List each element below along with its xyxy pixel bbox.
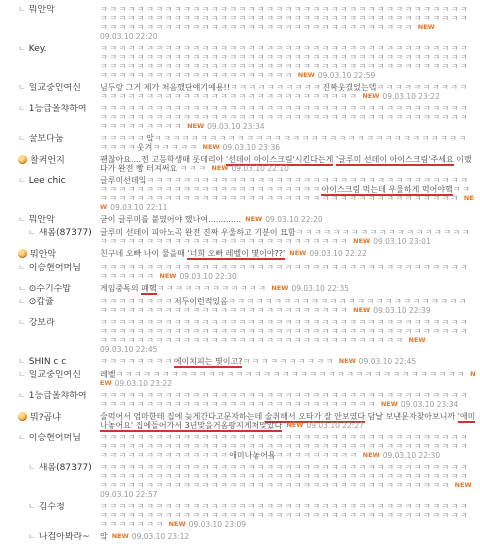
user-cell: ㄴ새봄(87377) — [0, 463, 100, 473]
comment-row: ㄴ⊙캅츌ㅋㅋㅋㅋㅋㅋㅋㅋ저두이런적있음ㅋㅋㅋㅋㅋㅋㅋㅋㅋㅋㅋㅋㅋㅋㅋㅋㅋㅋㅋㅋㅋ… — [0, 297, 478, 315]
comment-text: ㅋㅋㅋㅋㅋㅋㅋㅋㅋㅋㅋㅋㅋㅋㅋㅋㅋㅋㅋㅋㅋㅋㅋㅋㅋㅋㅋㅋㅋㅋㅋㅋㅋㅋㅋㅋㅋㅋㅋㅋ… — [100, 463, 478, 499]
comment-row: ㄴ새봄(87377)글루미 선데이 피아노곡 완전 진짜 우울하고 기분이 묘함… — [0, 228, 478, 246]
comment-row: ㄴ김수청ㅋㅋㅋㅋㅋㅋㅋㅋㅋㅋㅋㅋㅋㅋㅋㅋㅋㅋㅋㅋㅋㅋㅋㅋㅋㅋㅋㅋㅋㅋㅋㅋㅋㅋㅋㅋ… — [0, 502, 478, 529]
comment-row: 뭐?곱냐술먹어서 엄마한테 집에 늦게간다고문자하는데 술취해서 오타가 잘 안… — [0, 412, 478, 430]
underlined-phrase: '너희 오빠 레벨이 몇이야??' — [187, 249, 285, 260]
comment-phrase: 글루미 선데이 피아노곡 완전 진짜 우울하고 기분이 묘함 — [100, 228, 296, 237]
username[interactable]: 새봄(87377) — [39, 228, 92, 238]
comment-row: ㄴ일교중인여신레벨ㅋㅋㅋㅋㅋㅋㅋㅋㅋㅋㅋㅋㅋㅋㅋㅋㅋㅋㅋㅋㅋㅋㅋㅋㅋㅋㅋㅋㅋㅋㅋ… — [0, 370, 478, 388]
comment-phrase: 웃겨 — [137, 143, 152, 152]
laughter-run: ㅋㅋㅋㅋㅋㅋㅋㅋㅋㅋㅋㅋㅋㅋㅋㅋㅋㅋㅋㅋㅋㅋㅋㅋㅋㅋㅋㅋㅋㅋㅋㅋㅋㅋㅋㅋㅋㅋㅋㅋ… — [100, 502, 469, 529]
new-badge: NEW — [286, 421, 303, 429]
laughter-run: ㅋㅋㅋㅋㅋㅋㅋㅋㅋㅋㅋㅋ — [157, 284, 268, 293]
new-badge: NEW — [409, 336, 426, 344]
user-cell: 뭐안악 — [0, 249, 100, 260]
reply-arrow-icon: ㄴ — [18, 318, 26, 327]
timestamp: 09.03.10 22:30 — [383, 451, 440, 460]
username[interactable]: 뭐?곱냐 — [30, 413, 61, 423]
reply-arrow-icon: ㄴ — [18, 284, 26, 293]
new-badge: NEW — [112, 532, 129, 540]
reply-arrow-icon: ㄴ — [18, 104, 26, 113]
underlined-phrase: 에이치피는 몇이고? — [174, 357, 243, 368]
comment-row: ㄴ새봄(87377)ㅋㅋㅋㅋㅋㅋㅋㅋㅋㅋㅋㅋㅋㅋㅋㅋㅋㅋㅋㅋㅋㅋㅋㅋㅋㅋㅋㅋㅋㅋ… — [0, 463, 478, 499]
timestamp: 09.03.10 23:34 — [207, 122, 264, 131]
username[interactable]: 나겁아봐라~ — [39, 532, 90, 542]
comment-phrase: 게임중독의 — [100, 284, 141, 293]
comment-phrase: 굳이 글루미를 붙였어야 했나여............. — [100, 215, 241, 224]
comment-row: ㄴKey.ㅋㅋㅋㅋㅋㅋㅋㅋㅋㅋㅋㅋㅋㅋㅋㅋㅋㅋㅋㅋㅋㅋㅋㅋㅋㅋㅋㅋㅋㅋㅋㅋㅋㅋㅋ… — [0, 44, 478, 80]
username[interactable]: 이승현어머님 — [29, 433, 81, 443]
new-badge: NEW — [289, 249, 306, 257]
username[interactable]: 김수청 — [39, 502, 65, 512]
new-badge: NEW — [455, 481, 472, 489]
new-badge: NEW — [298, 71, 315, 79]
timestamp: 09.03.10 22:35 — [291, 284, 348, 293]
comment-row: ㄴ일교중인여신님두랑 그거 제가 처음했단얘기예용!!ㅋㅋㅋㅋㅋㅋㅋㅋㅋㅋ진짜웃… — [0, 83, 478, 101]
comment-text: 친구네 오빠 나이 물을때 '너희 오빠 레벨이 몇이야??'NEW09.03.… — [100, 249, 478, 258]
username[interactable]: 1등급올챠하여 — [29, 391, 87, 401]
comment-row: ㄴ1등급올챠하여ㅋㅋㅋㅋㅋㅋㅋㅋㅋㅋㅋㅋㅋㅋㅋㅋㅋㅋㅋㅋㅋㅋㅋㅋㅋㅋㅋㅋㅋㅋㅋㅋ… — [0, 391, 478, 409]
user-cell: ㄴ나겁아봐라~ — [0, 532, 100, 542]
laughter-run: ㅋㅋㅋㅋㅋㅋㅋㅋㅋㅋㅋㅋㅋㅋㅋㅋㅋㅋㅋㅋㅋㅋㅋㅋㅋㅋㅋㅋㅋㅋㅋㅋㅋㅋㅋㅋㅋㅋㅋㅋ… — [100, 5, 469, 32]
username[interactable]: 이승현어머님 — [29, 263, 81, 273]
comment-text: 술먹어서 엄마한테 집에 늦게간다고문자하는데 술취해서 오타가 잘 안보였다 … — [100, 412, 478, 430]
comment-text: 앜NEW09.03.10 23:12 — [100, 532, 478, 541]
comment-row: ㄴ강보라ㅋㅋㅋㅋㅋㅋㅋㅋㅋㅋㅋㅋㅋㅋㅋㅋㅋㅋㅋㅋㅋㅋㅋㅋㅋㅋㅋㅋㅋㅋㅋㅋㅋㅋㅋㅋ… — [0, 318, 478, 354]
laughter-run: ㅋㅋㅋ — [180, 164, 208, 173]
comment-row: ㄴ꿀보다둠ㅋㅋㅋㅋㅋ앜ㅋㅋㅋㅋㅋㅋㅋㅋㅋㅋㅋㅋㅋㅋㅋㅋㅋㅋㅋㅋㅋㅋㅋㅋㅋㅋㅋㅋㅋ… — [0, 134, 478, 152]
reply-arrow-icon: ㄴ — [18, 357, 26, 366]
laughter-run: ㅋㅋㅋㅋㅋㅋㅋㅋㅋㅋㅋㅋㅋㅋㅋㅋㅋㅋㅋㅋㅋㅋㅋㅋㅋㅋㅋㅋㅋㅋㅋㅋㅋㅋㅋㅋㅋㅋㅋㅋ… — [100, 44, 469, 80]
laughter-run: ㅋㅋㅋㅋㅋㅋㅋㅋㅋㅋㅋㅋㅋㅋㅋㅋㅋㅋㅋㅋㅋㅋㅋㅋㅋㅋㅋㅋㅋㅋㅋㅋㅋㅋㅋㅋㅋㅋ — [115, 370, 466, 379]
comment-text: ㅋㅋㅋㅋㅋㅋㅋㅋㅋㅋㅋㅋㅋㅋㅋㅋㅋㅋㅋㅋㅋㅋㅋㅋㅋㅋㅋㅋㅋㅋㅋㅋㅋㅋㅋㅋㅋㅋㅋㅋ… — [100, 5, 478, 41]
comment-phrase: 진짜웃겼었는뎈 — [322, 83, 376, 92]
timestamp: 09.03.10 22:57 — [100, 490, 157, 499]
timestamp: 09.03.10 23:22 — [382, 92, 439, 101]
comment-phrase: 레벨 — [100, 370, 115, 379]
username[interactable]: SHIN c c — [29, 357, 67, 367]
reply-arrow-icon: ㄴ — [18, 176, 26, 185]
username[interactable]: Key. — [29, 44, 47, 54]
comment-phrase: 술먹어서 엄마한테 집에 늦게간다고문자하는데 — [100, 412, 265, 421]
comment-text: ㅋㅋㅋㅋㅋㅋㅋㅋㅋㅋㅋㅋㅋㅋㅋㅋㅋㅋㅋㅋㅋㅋㅋㅋㅋㅋㅋㅋㅋㅋㅋㅋㅋㅋㅋㅋㅋㅋㅋㅋ… — [100, 318, 478, 354]
comment-text: 글루미선데잌ㅋㅋㅋㅋㅋㅋㅋㅋㅋㅋㅋㅋㅋㅋㅋㅋㅋㅋㅋㅋㅋㅋㅋㅋㅋㅋㅋㅋㅋㅋㅋㅋㅋㅋ… — [100, 176, 478, 212]
user-cell: ㄴ꿀보다둠 — [0, 134, 100, 144]
reply-arrow-icon: ㄴ — [18, 433, 26, 442]
comment-row: 찰켜언지괜찮아요....전 고등학생때 롯데리아 '선데이 아이스크림'시킨다는… — [0, 155, 478, 173]
user-cell: 뭐?곱냐 — [0, 412, 100, 423]
member-face-icon — [18, 412, 27, 421]
comment-row: ㄴ이승현어머님ㅋㅋㅋㅋㅋㅋㅋㅋㅋㅋㅋㅋㅋㅋㅋㅋㅋㅋㅋㅋㅋㅋㅋㅋㅋㅋㅋㅋㅋㅋㅋㅋㅋ… — [0, 433, 478, 460]
laughter-run: ㅋㅋㅋㅋㅋㅋㅋㅋㅋㅋ — [230, 83, 322, 92]
new-badge: NEW — [187, 122, 204, 130]
user-cell: ㄴ1등급올챠하여 — [0, 391, 100, 401]
timestamp: 09.03.10 22:22 — [309, 249, 366, 258]
comment-text: 레벨ㅋㅋㅋㅋㅋㅋㅋㅋㅋㅋㅋㅋㅋㅋㅋㅋㅋㅋㅋㅋㅋㅋㅋㅋㅋㅋㅋㅋㅋㅋㅋㅋㅋㅋㅋㅋㅋㅋ… — [100, 370, 478, 388]
reply-arrow-icon: ㄴ — [18, 263, 26, 272]
new-badge: NEW — [169, 520, 186, 528]
comment-text: ㅋㅋㅋㅋㅋㅋㅋㅋ에이치피는 몇이고?ㅋㅋㅋㅋㅋㅋㅋㅋㅋㅋNEW09.03.10 … — [100, 357, 478, 366]
username[interactable]: 1등급올챠하여 — [29, 104, 87, 114]
comment-phrase: 담날 보낸문자찾아보니까 — [365, 412, 458, 421]
user-cell: ㄴ⊙수기수밥 — [0, 284, 100, 294]
comment-row: ㄴ1등급올챠하여ㅋㅋㅋㅋㅋㅋㅋㅋㅋㅋㅋㅋㅋㅋㅋㅋㅋㅋㅋㅋㅋㅋㅋㅋㅋㅋㅋㅋㅋㅋㅋㅋ… — [0, 104, 478, 131]
new-badge: NEW — [363, 451, 380, 459]
reply-arrow-icon: ㄴ — [18, 83, 26, 92]
reply-arrow-icon: ㄴ — [18, 215, 26, 224]
new-badge: NEW — [381, 400, 398, 408]
reply-arrow-icon: ㄴ — [18, 297, 26, 306]
new-badge: NEW — [203, 143, 220, 151]
comment-row: ㄴ나겁아봐라~앜NEW09.03.10 23:12 — [0, 532, 478, 542]
comment-row: 뭐안악친구네 오빠 나이 물을때 '너희 오빠 레벨이 몇이야??'NEW09.… — [0, 249, 478, 260]
reply-arrow-icon: ㄴ — [28, 228, 36, 237]
laughter-run: ㅋㅋㅋㅋㅋㅋㅋㅋㅋㅋㅋㅋㅋㅋㅋㅋㅋㅋㅋㅋㅋㅋㅋㅋㅋㅋㅋㅋㅋㅋㅋㅋㅋㅋㅋㅋㅋㅋㅋㅋ… — [100, 104, 469, 131]
laughter-run: ㅋㅋㅋㅋㅋㅋㅋㅋㅋㅋ — [242, 357, 334, 366]
reply-arrow-icon: ㄴ — [18, 44, 26, 53]
timestamp: 09.03.10 22:39 — [373, 306, 430, 315]
new-badge: NEW — [159, 272, 176, 280]
username[interactable]: 뭐안악 — [30, 250, 56, 260]
username[interactable]: 찰켜언지 — [30, 156, 65, 166]
timestamp: 09.03.10 23:01 — [373, 237, 430, 246]
comment-phrase: 친구네 오빠 나이 물을때 — [100, 249, 187, 258]
new-badge: NEW — [353, 306, 370, 314]
username[interactable]: 꿀보다둠 — [29, 134, 64, 144]
comment-phrase: 앜 — [100, 532, 108, 541]
new-badge: NEW — [362, 92, 379, 100]
timestamp: 09.03.10 22:30 — [179, 272, 236, 281]
comment-text: ㅋㅋㅋㅋㅋㅋㅋㅋㅋㅋㅋㅋㅋㅋㅋㅋㅋㅋㅋㅋㅋㅋㅋㅋㅋㅋㅋㅋㅋㅋㅋㅋㅋㅋㅋㅋㅋㅋㅋㅋ… — [100, 502, 478, 529]
comment-phrase: 님두랑 그거 제가 처음했단얘기예용!! — [100, 83, 230, 92]
new-badge: NEW — [211, 164, 228, 172]
underlined-phrase: '글루미 선데이 아이스크림'주세요 — [336, 155, 454, 166]
timestamp: 09.03.10 23:36 — [223, 143, 280, 152]
reply-arrow-icon: ㄴ — [18, 134, 26, 143]
comment-row: ㄴ⊙수기수밥게임중독의 폐햌ㅋㅋㅋㅋㅋㅋㅋㅋㅋㅋㅋㅋNEW09.03.10 22… — [0, 284, 478, 294]
comment-row: ㄴLee chic글루미선데잌ㅋㅋㅋㅋㅋㅋㅋㅋㅋㅋㅋㅋㅋㅋㅋㅋㅋㅋㅋㅋㅋㅋㅋㅋㅋ… — [0, 176, 478, 212]
user-cell: ㄴ일교중인여신 — [0, 83, 100, 93]
laughter-run: ㅋㅋㅋㅋㅋㅋㅋㅋㅋㅋㅋㅋㅋㅋㅋㅋㅋㅋㅋㅋㅋㅋㅋㅋㅋㅋㅋㅋㅋㅋㅋㅋㅋㅋㅋㅋㅋㅋㅋㅋ… — [100, 263, 469, 281]
username[interactable]: ⊙수기수밥 — [29, 284, 71, 294]
new-badge: NEW — [418, 23, 435, 31]
timestamp: 09.03.10 22:27 — [306, 421, 363, 430]
timestamp: 09.03.10 22:11 — [110, 203, 167, 212]
reply-arrow-icon: ㄴ — [18, 5, 26, 14]
timestamp: 09.03.10 23:12 — [132, 532, 189, 541]
username[interactable]: 뭐안악 — [29, 5, 55, 15]
underlined-phrase: 년맞을거옴팡지게처맞았다 — [190, 421, 283, 432]
user-cell: ㄴ김수청 — [0, 502, 100, 512]
user-cell: ㄴ새봄(87377) — [0, 228, 100, 238]
comment-phrase: 글루미선데잌 — [100, 176, 146, 185]
user-cell: ㄴKey. — [0, 44, 100, 54]
new-badge: NEW — [353, 237, 370, 245]
comment-row: ㄴ뭐안악ㅋㅋㅋㅋㅋㅋㅋㅋㅋㅋㅋㅋㅋㅋㅋㅋㅋㅋㅋㅋㅋㅋㅋㅋㅋㅋㅋㅋㅋㅋㅋㅋㅋㅋㅋㅋ… — [0, 5, 478, 41]
laughter-run: ㅋㅋㅋㅋㅋㅋㅋㅋㅋ — [276, 451, 359, 460]
user-cell: 찰켜언지 — [0, 155, 100, 166]
comment-row: ㄴ뭐안악굳이 글루미를 붙였어야 했나여.............NEW09.0… — [0, 215, 478, 225]
comment-text: 님두랑 그거 제가 처음했단얘기예용!!ㅋㅋㅋㅋㅋㅋㅋㅋㅋㅋ진짜웃겼었는뎈ㅋㅋㅋ… — [100, 83, 478, 101]
username[interactable]: ⊙캅츌 — [29, 297, 54, 307]
timestamp: 09.03.10 23:34 — [401, 400, 458, 409]
comment-row: ㄴSHIN c cㅋㅋㅋㅋㅋㅋㅋㅋ에이치피는 몇이고?ㅋㅋㅋㅋㅋㅋㅋㅋㅋㅋNEW… — [0, 357, 478, 367]
laughter-run: ㅋㅋㅋㅋㅋ — [152, 143, 198, 152]
username[interactable]: 뭐안악 — [29, 215, 55, 225]
new-badge: NEW — [271, 284, 288, 292]
username[interactable]: 강보라 — [29, 318, 55, 328]
member-face-icon — [18, 155, 27, 164]
reply-arrow-icon: ㄴ — [18, 391, 26, 400]
user-cell: ㄴ뭐안악 — [0, 215, 100, 225]
timestamp: 09.03.10 22:59 — [318, 71, 375, 80]
comment-text: ㅋㅋㅋㅋㅋㅋㅋㅋㅋㅋㅋㅋㅋㅋㅋㅋㅋㅋㅋㅋㅋㅋㅋㅋㅋㅋㅋㅋㅋㅋㅋㅋㅋㅋㅋㅋㅋㅋㅋㅋ… — [100, 433, 478, 460]
laughter-run: ㅋㅋㅋㅋㅋ — [100, 134, 146, 143]
comment-phrase: 앜 — [146, 134, 154, 143]
comment-text: 게임중독의 폐햌ㅋㅋㅋㅋㅋㅋㅋㅋㅋㅋㅋㅋNEW09.03.10 22:35 — [100, 284, 478, 293]
laughter-run: ㅋㅋㅋㅋㅋㅋㅋㅋ — [100, 357, 174, 366]
user-cell: ㄴLee chic — [0, 176, 100, 186]
comment-text: 괜찮아요....전 고등학생때 롯데리아 '선데이 아이스크림'시킨다는게 '글… — [100, 155, 478, 173]
timestamp: 09.03.10 23:22 — [115, 379, 172, 388]
comment-thread: ㄴ뭐안악ㅋㅋㅋㅋㅋㅋㅋㅋㅋㅋㅋㅋㅋㅋㅋㅋㅋㅋㅋㅋㅋㅋㅋㅋㅋㅋㅋㅋㅋㅋㅋㅋㅋㅋㅋㅋ… — [0, 0, 480, 549]
new-badge: NEW — [245, 215, 262, 223]
reply-arrow-icon: ㄴ — [28, 532, 36, 541]
user-cell: ㄴ⊙캅츌 — [0, 297, 100, 307]
user-cell: ㄴ1등급올챠하여 — [0, 104, 100, 114]
comment-text: ㅋㅋㅋㅋㅋㅋㅋㅋㅋㅋㅋㅋㅋㅋㅋㅋㅋㅋㅋㅋㅋㅋㅋㅋㅋㅋㅋㅋㅋㅋㅋㅋㅋㅋㅋㅋㅋㅋㅋㅋ… — [100, 104, 478, 131]
user-cell: ㄴSHIN c c — [0, 357, 100, 367]
user-cell: ㄴ일교중인여신 — [0, 370, 100, 380]
username[interactable]: 일교중인여신 — [29, 83, 81, 93]
comment-text: 굳이 글루미를 붙였어야 했나여.............NEW09.03.10… — [100, 215, 478, 224]
username[interactable]: 새봄(87377) — [39, 463, 92, 473]
reply-arrow-icon: ㄴ — [28, 463, 36, 472]
laughter-run: ㅋㅋㅋㅋㅋㅋㅋㅋ — [100, 297, 174, 306]
comment-phrase: 괜찮아요....전 고등학생때 롯데리아 — [100, 155, 226, 164]
timestamp: 09.03.10 23:09 — [189, 520, 246, 529]
underlined-phrase: 폐햌 — [141, 284, 156, 295]
comment-row: ㄴ이승현어머님ㅋㅋㅋㅋㅋㅋㅋㅋㅋㅋㅋㅋㅋㅋㅋㅋㅋㅋㅋㅋㅋㅋㅋㅋㅋㅋㅋㅋㅋㅋㅋㅋㅋ… — [0, 263, 478, 281]
reply-arrow-icon: ㄴ — [18, 370, 26, 379]
username[interactable]: 일교중인여신 — [29, 370, 81, 380]
member-face-icon — [18, 249, 27, 258]
user-cell: ㄴ뭐안악 — [0, 5, 100, 15]
timestamp: 09.03.10 22:20 — [100, 32, 157, 41]
new-badge: NEW — [339, 357, 356, 365]
timestamp: 09.03.10 22:20 — [265, 215, 322, 224]
comment-phrase: 애미나놓어욬 — [229, 451, 275, 460]
user-cell: ㄴ강보라 — [0, 318, 100, 328]
comment-text: 글루미 선데이 피아노곡 완전 진짜 우울하고 기분이 묘함ㅋㅋㅋㅋㅋㅋㅋㅋㅋㅋ… — [100, 228, 478, 246]
comment-text: ㅋㅋㅋㅋㅋㅋㅋㅋㅋㅋㅋㅋㅋㅋㅋㅋㅋㅋㅋㅋㅋㅋㅋㅋㅋㅋㅋㅋㅋㅋㅋㅋㅋㅋㅋㅋㅋㅋㅋㅋ… — [100, 44, 478, 80]
user-cell: ㄴ이승현어머님 — [0, 263, 100, 273]
user-cell: ㄴ이승현어머님 — [0, 433, 100, 443]
comment-text: ㅋㅋㅋㅋㅋㅋㅋㅋ저두이런적있음ㅋㅋㅋㅋㅋㅋㅋㅋㅋㅋㅋㅋㅋㅋㅋㅋㅋㅋㅋㅋㅋㅋㅋㅋㅋ… — [100, 297, 478, 315]
timestamp: 09.03.10 22:10 — [231, 164, 288, 173]
laughter-run: ㅋㅋㅋㅋㅋㅋㅋㅋㅋㅋㅋㅋㅋㅋㅋㅋㅋㅋㅋㅋㅋㅋㅋㅋㅋㅋㅋㅋㅋㅋㅋㅋㅋㅋㅋㅋㅋㅋㅋㅋ… — [100, 463, 469, 490]
comment-text: ㅋㅋㅋㅋㅋㅋㅋㅋㅋㅋㅋㅋㅋㅋㅋㅋㅋㅋㅋㅋㅋㅋㅋㅋㅋㅋㅋㅋㅋㅋㅋㅋㅋㅋㅋㅋㅋㅋㅋㅋ… — [100, 263, 478, 281]
comment-text: ㅋㅋㅋㅋㅋㅋㅋㅋㅋㅋㅋㅋㅋㅋㅋㅋㅋㅋㅋㅋㅋㅋㅋㅋㅋㅋㅋㅋㅋㅋㅋㅋㅋㅋㅋㅋㅋㅋㅋㅋ… — [100, 391, 478, 409]
comment-text: ㅋㅋㅋㅋㅋ앜ㅋㅋㅋㅋㅋㅋㅋㅋㅋㅋㅋㅋㅋㅋㅋㅋㅋㅋㅋㅋㅋㅋㅋㅋㅋㅋㅋㅋㅋㅋㅋㅋㅋㅋ… — [100, 134, 478, 152]
username[interactable]: Lee chic — [29, 176, 66, 186]
timestamp: 09.03.10 22:45 — [100, 345, 157, 354]
comment-phrase: 저두이런적있음 — [174, 297, 228, 306]
timestamp: 09.03.10 22:45 — [359, 357, 416, 366]
reply-arrow-icon: ㄴ — [28, 502, 36, 511]
